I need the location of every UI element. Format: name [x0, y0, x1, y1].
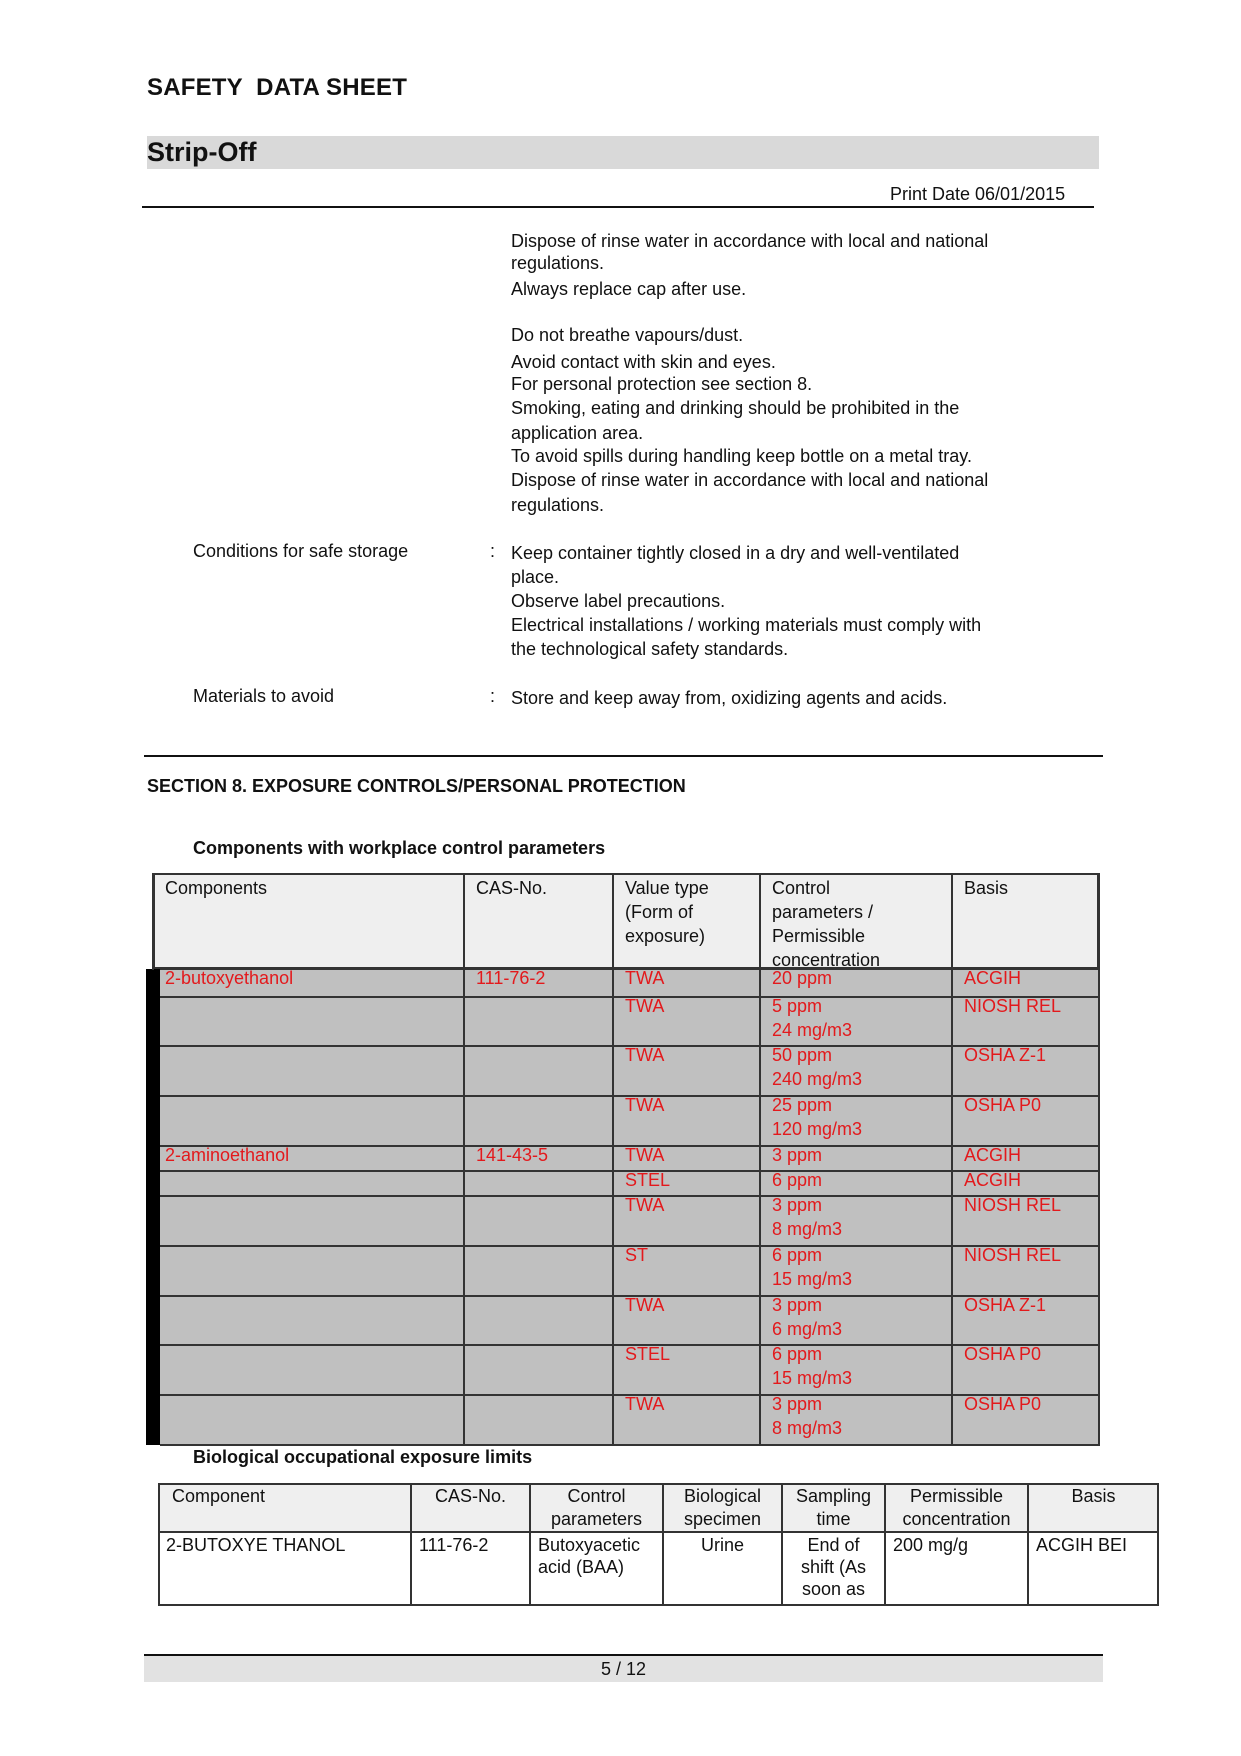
- header-line: Component: [172, 1485, 411, 1508]
- table-cell-type: ST: [625, 1243, 648, 1267]
- header-line: specimen: [663, 1508, 782, 1531]
- row-divider: [160, 1444, 1100, 1446]
- storage-line: Electrical installations / working mater…: [511, 613, 981, 637]
- cell-line: 25 ppm: [772, 1093, 862, 1117]
- column-header: Value type(Form ofexposure): [625, 876, 709, 948]
- column-header: Controlparameters: [530, 1485, 663, 1531]
- table-cell-values: 6 ppm: [772, 1168, 822, 1192]
- table-cell-basis: OSHA P0: [964, 1093, 1041, 1117]
- column-divider: [951, 873, 953, 1446]
- cell-line: ACGIH: [964, 1143, 1021, 1167]
- materials-colon: :: [490, 686, 495, 707]
- cell-line: TWA: [625, 994, 664, 1018]
- handling-line: Do not breathe vapours/dust.: [511, 323, 988, 350]
- table-cell-values: 3 ppm8 mg/m3: [772, 1392, 842, 1440]
- cell-line: TWA: [625, 1043, 664, 1067]
- header-line: Biological: [663, 1485, 782, 1508]
- column-header: Controlparameters /Permissibleconcentrat…: [772, 876, 880, 972]
- table-cell-type: TWA: [625, 994, 664, 1018]
- table-cell-basis: NIOSH REL: [964, 994, 1061, 1018]
- header-line: concentration: [885, 1508, 1028, 1531]
- column-header: Components: [165, 876, 267, 900]
- header-line: Components: [165, 876, 267, 900]
- cell-line: shift (As: [782, 1556, 885, 1578]
- bio-cell-component: 2-BUTOXYE THANOL: [166, 1534, 411, 1556]
- header-line: exposure): [625, 924, 709, 948]
- handling-line: application area.: [511, 421, 988, 444]
- handling-line: Dispose of rinse water in accordance wit…: [511, 468, 988, 493]
- header-line: Control: [530, 1485, 663, 1508]
- cell-line: ACGIH BEI: [1036, 1534, 1159, 1556]
- table-cell-values: 6 ppm15 mg/m3: [772, 1342, 852, 1390]
- table-cell-basis: OSHA P0: [964, 1342, 1041, 1366]
- document-title: SAFETY DATA SHEET: [147, 74, 407, 102]
- cell-line: 3 ppm: [772, 1293, 842, 1317]
- handling-line: To avoid spills during handling keep bot…: [511, 444, 988, 468]
- cell-line: 2-butoxyethanol: [165, 966, 293, 990]
- header-line: CAS-No.: [476, 876, 547, 900]
- column-header: Basis: [1028, 1485, 1159, 1508]
- header-line: time: [782, 1508, 885, 1531]
- header-line: CAS-No.: [411, 1485, 530, 1508]
- table-cell-values: 6 ppm15 mg/m3: [772, 1243, 852, 1291]
- header-line: Permissible: [885, 1485, 1028, 1508]
- table-cell-component: 2-butoxyethanol: [165, 966, 293, 990]
- change-marker-bar: [146, 969, 160, 1445]
- cell-line: 120 mg/m3: [772, 1117, 862, 1141]
- cell-line: 141-43-5: [476, 1143, 548, 1167]
- page-number: 5 / 12: [144, 1656, 1103, 1682]
- header-line: parameters /: [772, 900, 880, 924]
- cell-line: 3 ppm: [772, 1193, 842, 1217]
- cell-line: OSHA Z-1: [964, 1043, 1046, 1067]
- column-header: Samplingtime: [782, 1485, 885, 1531]
- cell-line: 15 mg/m3: [772, 1366, 852, 1390]
- table-cell-basis: NIOSH REL: [964, 1243, 1061, 1267]
- table-cell-type: TWA: [625, 1043, 664, 1067]
- section-rule: [144, 755, 1103, 757]
- table-cell-type: TWA: [625, 966, 664, 990]
- column-divider: [612, 873, 614, 1446]
- cell-line: TWA: [625, 966, 664, 990]
- handling-line: Avoid contact with skin and eyes.: [511, 350, 988, 372]
- handling-line: For personal protection see section 8.: [511, 372, 988, 396]
- storage-line: Keep container tightly closed in a dry a…: [511, 541, 981, 565]
- header-line: Basis: [1028, 1485, 1159, 1508]
- cell-line: End of: [782, 1534, 885, 1556]
- storage-line: the technological safety standards.: [511, 637, 981, 661]
- materials-label: Materials to avoid: [193, 686, 334, 707]
- table-cell-basis: ACGIH: [964, 966, 1021, 990]
- storage-label: Conditions for safe storage: [193, 541, 408, 562]
- cell-line: 6 ppm: [772, 1243, 852, 1267]
- cell-line: acid (BAA): [538, 1556, 663, 1578]
- cell-line: 24 mg/m3: [772, 1018, 852, 1042]
- table-cell-values: 3 ppm8 mg/m3: [772, 1193, 842, 1241]
- cell-line: Butoxyacetic: [538, 1534, 663, 1556]
- cell-line: TWA: [625, 1193, 664, 1217]
- cell-line: 15 mg/m3: [772, 1267, 852, 1291]
- workplace-heading: Components with workplace control parame…: [193, 838, 605, 859]
- table-cell-basis: OSHA P0: [964, 1392, 1041, 1416]
- cell-line: 3 ppm: [772, 1143, 822, 1167]
- materials-value: Store and keep away from, oxidizing agen…: [511, 686, 947, 710]
- column-divider: [1098, 873, 1100, 1446]
- storage-line: place.: [511, 565, 981, 589]
- cell-line: STEL: [625, 1168, 670, 1192]
- table-cell-values: 50 ppm240 mg/m3: [772, 1043, 862, 1091]
- cell-line: NIOSH REL: [964, 1193, 1061, 1217]
- cell-line: TWA: [625, 1392, 664, 1416]
- bio-cell-basis: ACGIH BEI: [1036, 1534, 1159, 1556]
- table-cell-basis: OSHA Z-1: [964, 1293, 1046, 1317]
- table-cell-cas: 141-43-5: [476, 1143, 548, 1167]
- handling-line: Dispose of rinse water in accordance wit…: [511, 229, 988, 251]
- bio-heading: Biological occupational exposure limits: [193, 1447, 532, 1468]
- column-header: Component: [172, 1485, 411, 1508]
- header-line: Control: [772, 876, 880, 900]
- table-cell-basis: ACGIH: [964, 1143, 1021, 1167]
- column-header: Permissibleconcentration: [885, 1485, 1028, 1531]
- table-cell-type: TWA: [625, 1143, 664, 1167]
- header-line: parameters: [530, 1508, 663, 1531]
- product-name: Strip-Off: [147, 136, 256, 169]
- table-cell-values: 3 ppm6 mg/m3: [772, 1293, 842, 1341]
- column-header: Biologicalspecimen: [663, 1485, 782, 1531]
- bio-cell-sampling: End ofshift (Assoon as: [782, 1534, 885, 1600]
- column-divider: [759, 873, 761, 1446]
- column-header: CAS-No.: [476, 876, 547, 900]
- column-divider: [152, 873, 154, 970]
- table-cell-values: 3 ppm: [772, 1143, 822, 1167]
- storage-colon: :: [490, 541, 495, 562]
- table-cell-values: 5 ppm24 mg/m3: [772, 994, 852, 1042]
- header-line: Value type: [625, 876, 709, 900]
- bio-cell-cas: 111-76-2: [419, 1534, 530, 1556]
- table-cell-values: 25 ppm120 mg/m3: [772, 1093, 862, 1141]
- print-date: Print Date 06/01/2015: [890, 184, 1065, 205]
- cell-line: 111-76-2: [476, 966, 545, 990]
- table-cell-type: STEL: [625, 1168, 670, 1192]
- cell-line: 6 ppm: [772, 1342, 852, 1366]
- table-cell-type: TWA: [625, 1293, 664, 1317]
- handling-line: regulations.: [511, 251, 988, 277]
- column-divider: [463, 873, 465, 1446]
- table-cell-type: TWA: [625, 1093, 664, 1117]
- product-name-bar: [147, 136, 1099, 169]
- cell-line: 8 mg/m3: [772, 1416, 842, 1440]
- table-cell-basis: OSHA Z-1: [964, 1043, 1046, 1067]
- cell-line: 2-aminoethanol: [165, 1143, 289, 1167]
- cell-line: 6 ppm: [772, 1168, 822, 1192]
- table-cell-type: STEL: [625, 1342, 670, 1366]
- cell-line: OSHA Z-1: [964, 1293, 1046, 1317]
- storage-line: Observe label precautions.: [511, 589, 981, 613]
- table-cell-component: 2-aminoethanol: [165, 1143, 289, 1167]
- cell-line: 200 mg/g: [893, 1534, 1028, 1556]
- column-header: Basis: [964, 876, 1008, 900]
- cell-line: NIOSH REL: [964, 1243, 1061, 1267]
- table-cell-basis: ACGIH: [964, 1168, 1021, 1192]
- cell-line: 3 ppm: [772, 1392, 842, 1416]
- table-cell-cas: 111-76-2: [476, 966, 545, 990]
- cell-line: 240 mg/m3: [772, 1067, 862, 1091]
- cell-line: OSHA P0: [964, 1392, 1041, 1416]
- header-line: Sampling: [782, 1485, 885, 1508]
- cell-line: 2-BUTOXYE THANOL: [166, 1534, 411, 1556]
- bio-cell-specimen: Urine: [663, 1534, 782, 1556]
- cell-line: 8 mg/m3: [772, 1217, 842, 1241]
- cell-line: 5 ppm: [772, 994, 852, 1018]
- cell-line: NIOSH REL: [964, 994, 1061, 1018]
- cell-line: STEL: [625, 1342, 670, 1366]
- bio-cell-concentration: 200 mg/g: [893, 1534, 1028, 1556]
- handling-line: regulations.: [511, 493, 988, 517]
- column-header: CAS-No.: [411, 1485, 530, 1508]
- cell-line: 20 ppm: [772, 966, 832, 990]
- cell-line: TWA: [625, 1093, 664, 1117]
- cell-line: soon as: [782, 1578, 885, 1600]
- cell-line: 6 mg/m3: [772, 1317, 842, 1341]
- header-rule: [142, 206, 1094, 208]
- row-divider: [158, 1531, 1159, 1533]
- cell-line: OSHA P0: [964, 1093, 1041, 1117]
- cell-line: OSHA P0: [964, 1342, 1041, 1366]
- handling-line: Smoking, eating and drinking should be p…: [511, 396, 988, 421]
- handling-line: Always replace cap after use.: [511, 277, 988, 323]
- table-cell-values: 20 ppm: [772, 966, 832, 990]
- header-line: (Form of: [625, 900, 709, 924]
- cell-line: ST: [625, 1243, 648, 1267]
- header-line: Basis: [964, 876, 1008, 900]
- header-line: Permissible: [772, 924, 880, 948]
- handling-precautions: Dispose of rinse water in accordance wit…: [511, 229, 988, 517]
- cell-line: Urine: [663, 1534, 782, 1556]
- storage-conditions: Keep container tightly closed in a dry a…: [511, 541, 981, 661]
- cell-line: ACGIH: [964, 966, 1021, 990]
- section-8-title: SECTION 8. EXPOSURE CONTROLS/PERSONAL PR…: [147, 776, 686, 797]
- bio-cell-control: Butoxyaceticacid (BAA): [538, 1534, 663, 1578]
- cell-line: TWA: [625, 1143, 664, 1167]
- table-cell-type: TWA: [625, 1392, 664, 1416]
- cell-line: TWA: [625, 1293, 664, 1317]
- cell-line: ACGIH: [964, 1168, 1021, 1192]
- cell-line: 50 ppm: [772, 1043, 862, 1067]
- table-cell-type: TWA: [625, 1193, 664, 1217]
- cell-line: 111-76-2: [419, 1534, 530, 1556]
- table-cell-basis: NIOSH REL: [964, 1193, 1061, 1217]
